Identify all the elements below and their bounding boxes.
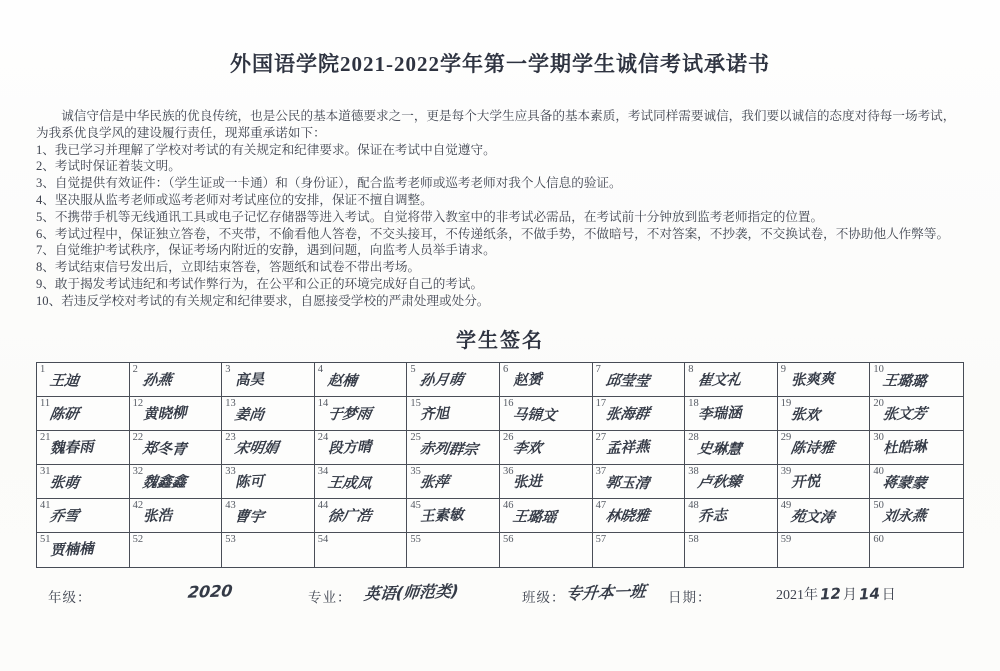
signature-cell: 32魏鑫鑫 (130, 465, 223, 499)
rule-item-5: 5、不携带手机等无线通讯工具或电子记忆存储器等进入考试。自觉将带入教室中的非考试… (36, 209, 964, 226)
intro-paragraph: 诚信守信是中华民族的优良传统，也是公民的基本道德要求之一，更是每个大学生应具备的… (36, 108, 964, 142)
signature-cell: 12黄晓柳 (130, 397, 223, 431)
signature-cell: 47林晓雅 (593, 499, 686, 533)
cell-number: 44 (318, 500, 329, 511)
cell-number: 26 (503, 432, 514, 443)
cell-number: 42 (133, 500, 144, 511)
handwritten-signature: 陈可 (235, 468, 312, 492)
signature-cell: 58 (685, 533, 778, 567)
cell-number: 50 (873, 500, 884, 511)
cell-number: 49 (781, 500, 792, 511)
cell-number: 12 (133, 398, 144, 409)
cell-number: 55 (410, 534, 421, 545)
signature-cell: 15齐旭 (407, 397, 500, 431)
commitment-text: 诚信守信是中华民族的优良传统，也是公民的基本道德要求之一，更是每个大学生应具备的… (36, 108, 964, 310)
rule-item-4: 4、坚决服从监考老师或巡考老师对考试座位的安排，保证不擅自调整。 (36, 192, 964, 209)
signature-cell: 43曹宇 (222, 499, 315, 533)
signature-cell: 34王成凤 (315, 465, 408, 499)
cell-number: 59 (781, 534, 792, 545)
signature-cell: 7邱莹莹 (593, 363, 686, 397)
handwritten-signature: 邱莹莹 (604, 369, 683, 392)
rule-item-10: 10、若违反学校对考试的有关规定和纪律要求，自愿接受学校的严肃处理或处分。 (36, 293, 964, 310)
handwritten-signature: 苑文涛 (789, 505, 868, 528)
handwritten-signature: 高昊 (235, 366, 312, 390)
signature-cell: 23宋明娟 (222, 431, 315, 465)
document-title: 外国语学院2021-2022学年第一学期学生诚信考试承诺书 (36, 0, 964, 78)
signature-cell: 40蒋蒙蒙 (870, 465, 963, 499)
handwritten-signature: 李欢 (511, 435, 591, 457)
cell-number: 54 (318, 534, 329, 545)
cell-number: 52 (133, 534, 144, 545)
date-label: 日期： (668, 586, 712, 606)
signature-cell: 49苑文涛 (778, 499, 871, 533)
handwritten-signature: 陈诗雅 (789, 435, 869, 457)
signature-cell: 8崔文礼 (685, 363, 778, 397)
signature-cell: 44徐广浩 (315, 499, 408, 533)
signature-cell: 14于梦雨 (315, 397, 408, 431)
date-value: 2021年12月14日 (776, 584, 896, 604)
handwritten-signature: 乔志 (698, 502, 775, 526)
handwritten-signature: 赵楠 (326, 369, 405, 392)
rule-item-8: 8、考试结束信号发出后，立即结束答卷，答题纸和试卷不带出考场。 (36, 259, 964, 276)
cell-number: 27 (596, 432, 607, 443)
signature-cell: 45王素敏 (407, 499, 500, 533)
signature-cell: 17张海群 (593, 397, 686, 431)
signature-cell: 52 (130, 533, 223, 567)
date-month-suffix: 月 (843, 588, 857, 603)
rule-item-9: 9、敢于揭发考试违纪和考试作弊行为，在公平和公正的环境完成好自己的考试。 (36, 276, 964, 293)
signature-cell: 36张进 (500, 465, 593, 499)
handwritten-signature: 孟祥燕 (605, 434, 682, 458)
signature-cell: 3高昊 (222, 363, 315, 397)
handwritten-signature: 刘永燕 (882, 503, 963, 525)
class-value-handwritten: 专升本一班 (565, 578, 647, 604)
cell-number: 60 (873, 534, 884, 545)
handwritten-signature: 王素敏 (420, 502, 497, 526)
signature-cell: 10王璐璐 (870, 363, 963, 397)
signature-section-heading: 学生签名 (36, 324, 964, 353)
signature-cell: 48乔志 (685, 499, 778, 533)
handwritten-signature: 卢秋臻 (696, 469, 776, 491)
date-day-handwritten: 14 (856, 584, 882, 603)
signature-cell: 57 (593, 533, 686, 567)
handwritten-signature: 贾楠楠 (50, 536, 127, 560)
handwritten-signature: 张浩 (142, 502, 219, 526)
signature-cell: 18李瑞涵 (685, 397, 778, 431)
signature-table: 1王迪2孙燕3高昊4赵楠5孙月萌6赵赟7邱莹莹8崔文礼9张爽爽10王璐璐11陈研… (36, 362, 964, 568)
signature-cell: 13姜尚 (222, 397, 315, 431)
handwritten-signature: 张萌 (49, 471, 128, 494)
cell-number: 57 (596, 534, 607, 545)
handwritten-signature: 林晓雅 (604, 503, 684, 525)
handwritten-signature: 段方晴 (327, 434, 404, 458)
signature-cell: 38卢秋臻 (685, 465, 778, 499)
grade-label: 年级： (48, 586, 92, 606)
cell-number: 2 (133, 364, 138, 375)
handwritten-signature: 陈研 (48, 401, 128, 423)
handwritten-signature: 张海群 (604, 401, 684, 423)
handwritten-signature: 张文芳 (882, 401, 963, 423)
handwritten-signature: 张萍 (419, 469, 499, 491)
cell-number: 53 (225, 534, 236, 545)
signature-cell: 16马锦文 (500, 397, 593, 431)
signature-cell: 30杜皓琳 (870, 431, 963, 465)
major-label: 专业： (308, 586, 352, 606)
grade-value-handwritten: 2020 (187, 581, 234, 602)
cell-number: 40 (873, 466, 884, 477)
handwritten-signature: 乔雪 (48, 503, 128, 525)
cell-number: 9 (781, 364, 786, 375)
handwritten-signature: 曹宇 (234, 505, 313, 528)
signature-cell: 6赵赟 (500, 363, 593, 397)
signature-cell: 33陈可 (222, 465, 315, 499)
cell-number: 6 (503, 364, 508, 375)
signature-cell: 51贾楠楠 (37, 533, 130, 567)
handwritten-signature: 张爽爽 (790, 366, 867, 390)
signature-cell: 1王迪 (37, 363, 130, 397)
handwritten-signature: 王璐璐 (882, 369, 962, 392)
cell-number: 43 (225, 500, 236, 511)
rule-item-3: 3、自觉提供有效证件：（学生证或一卡通）和（身份证），配合监考老师或巡考老师对我… (36, 175, 964, 192)
cell-number: 5 (410, 364, 415, 375)
handwritten-signature: 王璐瑶 (512, 505, 591, 528)
handwritten-signature: 开悦 (790, 468, 867, 492)
major-value-handwritten: 英语(师范类) (363, 578, 460, 604)
handwritten-signature: 于梦雨 (326, 401, 406, 423)
signature-cell: 4赵楠 (315, 363, 408, 397)
handwritten-signature: 李瑞涵 (698, 400, 775, 424)
cell-number: 37 (596, 466, 607, 477)
footer-fields: 年级： 2020 专业： 英语(师范类) 班级： 专升本一班 日期： 2021年… (36, 578, 964, 624)
cell-number: 7 (596, 364, 601, 375)
signature-cell: 27孟祥燕 (593, 431, 686, 465)
signature-cell: 26李欢 (500, 431, 593, 465)
handwritten-signature: 姜尚 (234, 403, 313, 426)
signature-cell: 29陈诗雅 (778, 431, 871, 465)
signature-cell: 56 (500, 533, 593, 567)
date-month-handwritten: 12 (818, 584, 844, 603)
handwritten-signature: 张欢 (789, 403, 868, 426)
signature-cell: 19张欢 (778, 397, 871, 431)
handwritten-signature: 赤列群宗 (419, 437, 498, 460)
signature-cell: 31张萌 (37, 465, 130, 499)
handwritten-signature: 史琳慧 (697, 437, 776, 460)
rule-item-1: 1、我已学习并理解了学校对考试的有关规定和纪律要求。保证在考试中自觉遵守。 (36, 142, 964, 159)
date-day-suffix: 日 (882, 588, 896, 603)
handwritten-signature: 魏鑫鑫 (141, 469, 221, 491)
signature-cell: 28史琳慧 (685, 431, 778, 465)
document-page: 外国语学院2021-2022学年第一学期学生诚信考试承诺书 诚信守信是中华民族的… (0, 0, 1000, 671)
class-label: 班级： (522, 586, 566, 606)
handwritten-signature: 杜皓琳 (883, 434, 961, 458)
cell-number: 17 (596, 398, 607, 409)
cell-number: 19 (781, 398, 792, 409)
date-year-printed: 2021年 (776, 588, 818, 603)
cell-number: 14 (318, 398, 329, 409)
signature-cell: 42张浩 (130, 499, 223, 533)
cell-number: 34 (318, 466, 329, 477)
signature-cell: 37郭玉清 (593, 465, 686, 499)
signature-cell: 22郑冬青 (130, 431, 223, 465)
signature-cell: 54 (315, 533, 408, 567)
handwritten-signature: 张进 (513, 468, 590, 492)
signature-cell: 21魏春雨 (37, 431, 130, 465)
signature-cell: 59 (778, 533, 871, 567)
cell-number: 1 (40, 364, 45, 375)
handwritten-signature: 郑冬青 (141, 437, 220, 460)
cell-number: 13 (225, 398, 236, 409)
handwritten-signature: 魏春雨 (50, 434, 127, 458)
cell-number: 22 (133, 432, 144, 443)
cell-number: 41 (40, 500, 51, 511)
signature-cell: 9张爽爽 (778, 363, 871, 397)
handwritten-signature: 孙月萌 (419, 367, 499, 389)
signature-cell: 11陈研 (37, 397, 130, 431)
signature-cell: 5孙月萌 (407, 363, 500, 397)
handwritten-signature: 崔文礼 (696, 367, 776, 389)
handwritten-signature: 马锦文 (512, 403, 591, 426)
handwritten-signature: 蒋蒙蒙 (882, 471, 962, 494)
cell-number: 58 (688, 534, 699, 545)
cell-number: 3 (225, 364, 230, 375)
cell-number: 47 (596, 500, 607, 511)
cell-number: 8 (688, 364, 693, 375)
cell-number: 16 (503, 398, 514, 409)
cell-number: 25 (410, 432, 421, 443)
cell-number: 10 (873, 364, 884, 375)
cell-number: 35 (410, 466, 421, 477)
handwritten-signature: 徐广浩 (326, 503, 406, 525)
handwritten-signature: 郭玉清 (604, 471, 683, 494)
signature-cell: 25赤列群宗 (407, 431, 500, 465)
rule-item-7: 7、自觉维护考试秩序，保证考场内附近的安静，遇到问题，向监考人员举手请求。 (36, 242, 964, 259)
cell-number: 32 (133, 466, 144, 477)
cell-number: 11 (40, 398, 50, 409)
handwritten-signature: 王成凤 (326, 471, 405, 494)
signature-cell: 2孙燕 (130, 363, 223, 397)
cell-number: 38 (688, 466, 699, 477)
signature-cell: 35张萍 (407, 465, 500, 499)
signature-cell: 24段方晴 (315, 431, 408, 465)
signature-cell: 39开悦 (778, 465, 871, 499)
cell-number: 23 (225, 432, 236, 443)
handwritten-signature: 齐旭 (420, 400, 497, 424)
cell-number: 31 (40, 466, 51, 477)
rule-item-6: 6、考试过程中，保证独立答卷，不夹带，不偷看他人答卷，不交头接耳，不传递纸条，不… (36, 226, 964, 243)
cell-number: 4 (318, 364, 323, 375)
signature-cell: 20张文芳 (870, 397, 963, 431)
signature-cell: 46王璐瑶 (500, 499, 593, 533)
signature-cell: 50刘永燕 (870, 499, 963, 533)
handwritten-signature: 赵赟 (513, 366, 590, 390)
rule-item-2: 2、考试时保证着装文明。 (36, 158, 964, 175)
cell-number: 46 (503, 500, 514, 511)
handwritten-signature: 王迪 (49, 369, 128, 392)
handwritten-signature: 孙燕 (141, 367, 221, 389)
signature-cell: 60 (870, 533, 963, 567)
handwritten-signature: 黄晓柳 (142, 400, 219, 424)
cell-number: 28 (688, 432, 699, 443)
cell-number: 29 (781, 432, 792, 443)
cell-number: 56 (503, 534, 514, 545)
signature-cell: 41乔雪 (37, 499, 130, 533)
signature-cell: 53 (222, 533, 315, 567)
handwritten-signature: 宋明娟 (233, 435, 313, 457)
signature-cell: 55 (407, 533, 500, 567)
cell-number: 20 (873, 398, 884, 409)
